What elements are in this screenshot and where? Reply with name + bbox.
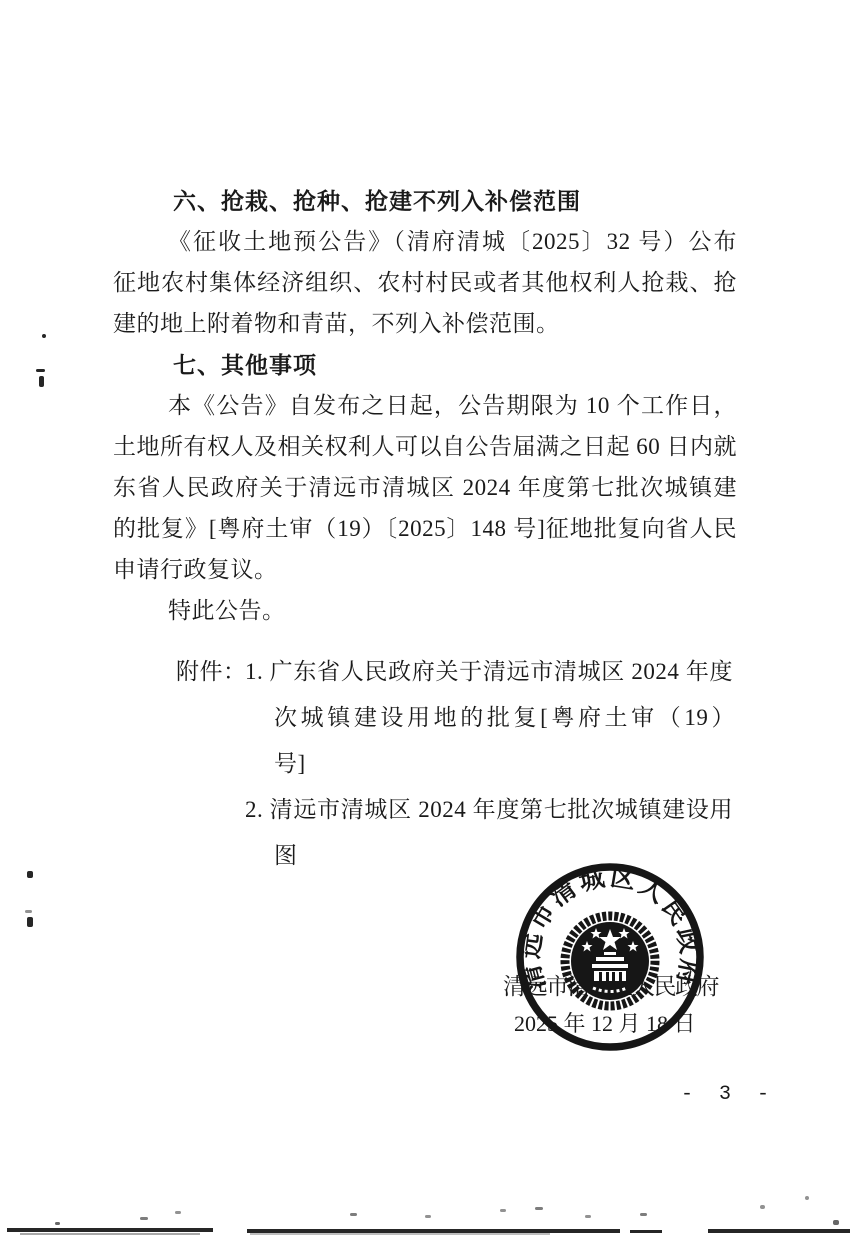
scan-artifact xyxy=(805,1196,809,1200)
scan-artifact xyxy=(39,376,44,387)
scan-artifact xyxy=(425,1215,431,1218)
section7-heading: 七、其他事项 xyxy=(173,350,317,380)
body-line: 申请行政复议。 xyxy=(113,555,278,585)
scan-artifact xyxy=(833,1220,839,1225)
page-number: - 3 - xyxy=(681,1080,776,1110)
body-line: 《征收土地预公告》（清府清城〔2025〕32 号）公布后，被 xyxy=(168,227,737,259)
body-line: 的批复》[粤府土审（19）〔2025〕148 号]征地批复向省人民政府 xyxy=(113,514,737,546)
scan-artifact xyxy=(500,1209,506,1212)
official-seal: 清远市清城区人民政府 xyxy=(508,855,712,1059)
scan-artifact xyxy=(140,1217,148,1220)
scan-artifact xyxy=(27,917,33,927)
scan-artifact xyxy=(350,1213,357,1216)
national-emblem-icon xyxy=(565,916,655,1006)
scan-artifact xyxy=(7,1228,213,1232)
scan-artifact xyxy=(55,1222,60,1225)
scan-artifact xyxy=(27,871,33,878)
body-line: 东省人民政府关于清远市清城区 2024 年度第七批次城镇建设用地 xyxy=(113,473,737,505)
body-line: 建的地上附着物和青苗，不列入补偿范围。 xyxy=(113,309,560,339)
document-page: 六、抢栽、抢种、抢建不列入补偿范围 《征收土地预公告》（清府清城〔2025〕32… xyxy=(0,0,850,1239)
scan-artifact xyxy=(42,334,46,338)
scan-artifact xyxy=(640,1213,647,1216)
section6-heading: 六、抢栽、抢种、抢建不列入补偿范围 xyxy=(173,186,581,216)
body-line: 征地农村集体经济组织、农村村民或者其他权利人抢栽、抢种、抢 xyxy=(113,268,737,300)
closing-line: 特此公告。 xyxy=(168,596,286,626)
scan-artifact xyxy=(708,1229,850,1233)
attachments-label: 附件： xyxy=(176,657,247,687)
scan-artifact xyxy=(175,1211,181,1214)
scan-artifact xyxy=(585,1215,591,1218)
scan-artifact xyxy=(535,1207,543,1210)
body-line: 土地所有权人及相关权利人可以自公告届满之日起 60 日内就《广 xyxy=(113,432,737,464)
scan-artifact xyxy=(760,1205,765,1209)
body-line: 本《公告》自发布之日起，公告期限为 10 个工作日，被征收 xyxy=(168,391,737,423)
scan-artifact xyxy=(36,369,45,372)
scan-artifact xyxy=(20,1233,200,1235)
scan-artifact xyxy=(25,910,32,913)
scan-artifact xyxy=(250,1233,550,1235)
attachment-item-line: 次城镇建设用地的批复[粤府土审（19）〔2025〕148 xyxy=(274,703,735,735)
attachment-item-line: 1. 广东省人民政府关于清远市清城区 2024 年度第七批 xyxy=(245,657,733,689)
attachment-item-line: 号] xyxy=(274,749,306,779)
scan-artifact xyxy=(630,1230,662,1233)
attachment-item-line: 图 xyxy=(274,841,298,871)
attachment-item-line: 2. 清远市清城区 2024 年度第七批次城镇建设用地平面 xyxy=(245,795,733,827)
